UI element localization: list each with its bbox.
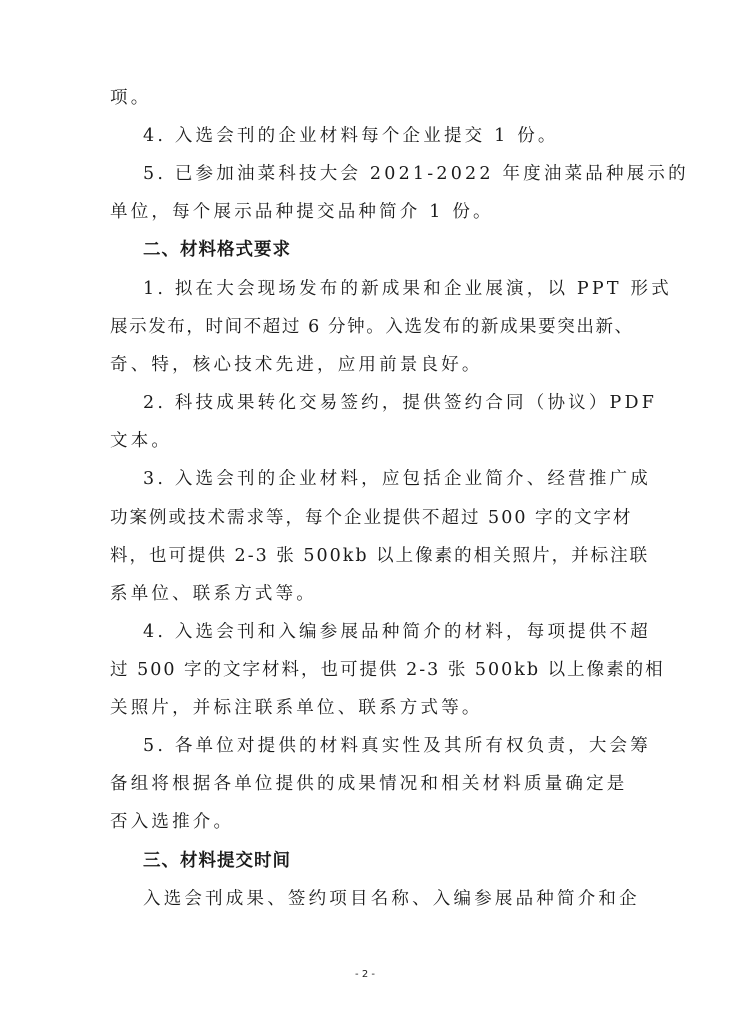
paragraph-line: 5. 各单位对提供的材料真实性及其所有权负责，大会筹: [143, 734, 623, 758]
paragraph-line: 关照片，并标注联系单位、联系方式等。: [110, 696, 622, 720]
section-heading: 三、材料提交时间: [143, 849, 623, 873]
paragraph-line: 单位，每个展示品种提交品种简介 1 份。: [110, 200, 622, 224]
paragraph-line: 备组将根据各单位提供的成果情况和相关材料质量确定是: [110, 772, 622, 796]
paragraph-line: 文本。: [110, 429, 622, 453]
paragraph-line: 4. 入选会刊的企业材料每个企业提交 1 份。: [143, 124, 623, 148]
paragraph-line: 功案例或技术需求等，每个企业提供不超过 500 字的文字材: [110, 506, 622, 530]
paragraph-line: 过 500 字的文字材料，也可提供 2-3 张 500kb 以上像素的相: [110, 658, 622, 682]
paragraph-line: 料，也可提供 2-3 张 500kb 以上像素的相关照片，并标注联: [110, 544, 622, 568]
paragraph-line: 5. 已参加油菜科技大会 2021-2022 年度油菜品种展示的: [143, 162, 623, 186]
paragraph-line: 1. 拟在大会现场发布的新成果和企业展演，以 PPT 形式: [143, 277, 623, 301]
paragraph-line: 3. 入选会刊的企业材料，应包括企业简介、经营推广成: [143, 467, 623, 491]
section-heading: 二、材料格式要求: [143, 238, 623, 262]
paragraph-line: 项。: [110, 86, 622, 110]
paragraph-line: 奇、特，核心技术先进，应用前景良好。: [110, 353, 622, 377]
paragraph-line: 系单位、联系方式等。: [110, 582, 622, 606]
page-number: - 2 -: [0, 969, 730, 980]
paragraph-line: 否入选推介。: [110, 810, 622, 834]
paragraph-line: 入选会刊成果、签约项目名称、入编参展品种简介和企: [143, 887, 623, 911]
paragraph-line: 展示发布，时间不超过 6 分钟。入选发布的新成果要突出新、: [110, 315, 622, 339]
paragraph-line: 2. 科技成果转化交易签约，提供签约合同（协议）PDF: [143, 391, 623, 415]
paragraph-line: 4. 入选会刊和入编参展品种简介的材料，每项提供不超: [143, 620, 623, 644]
